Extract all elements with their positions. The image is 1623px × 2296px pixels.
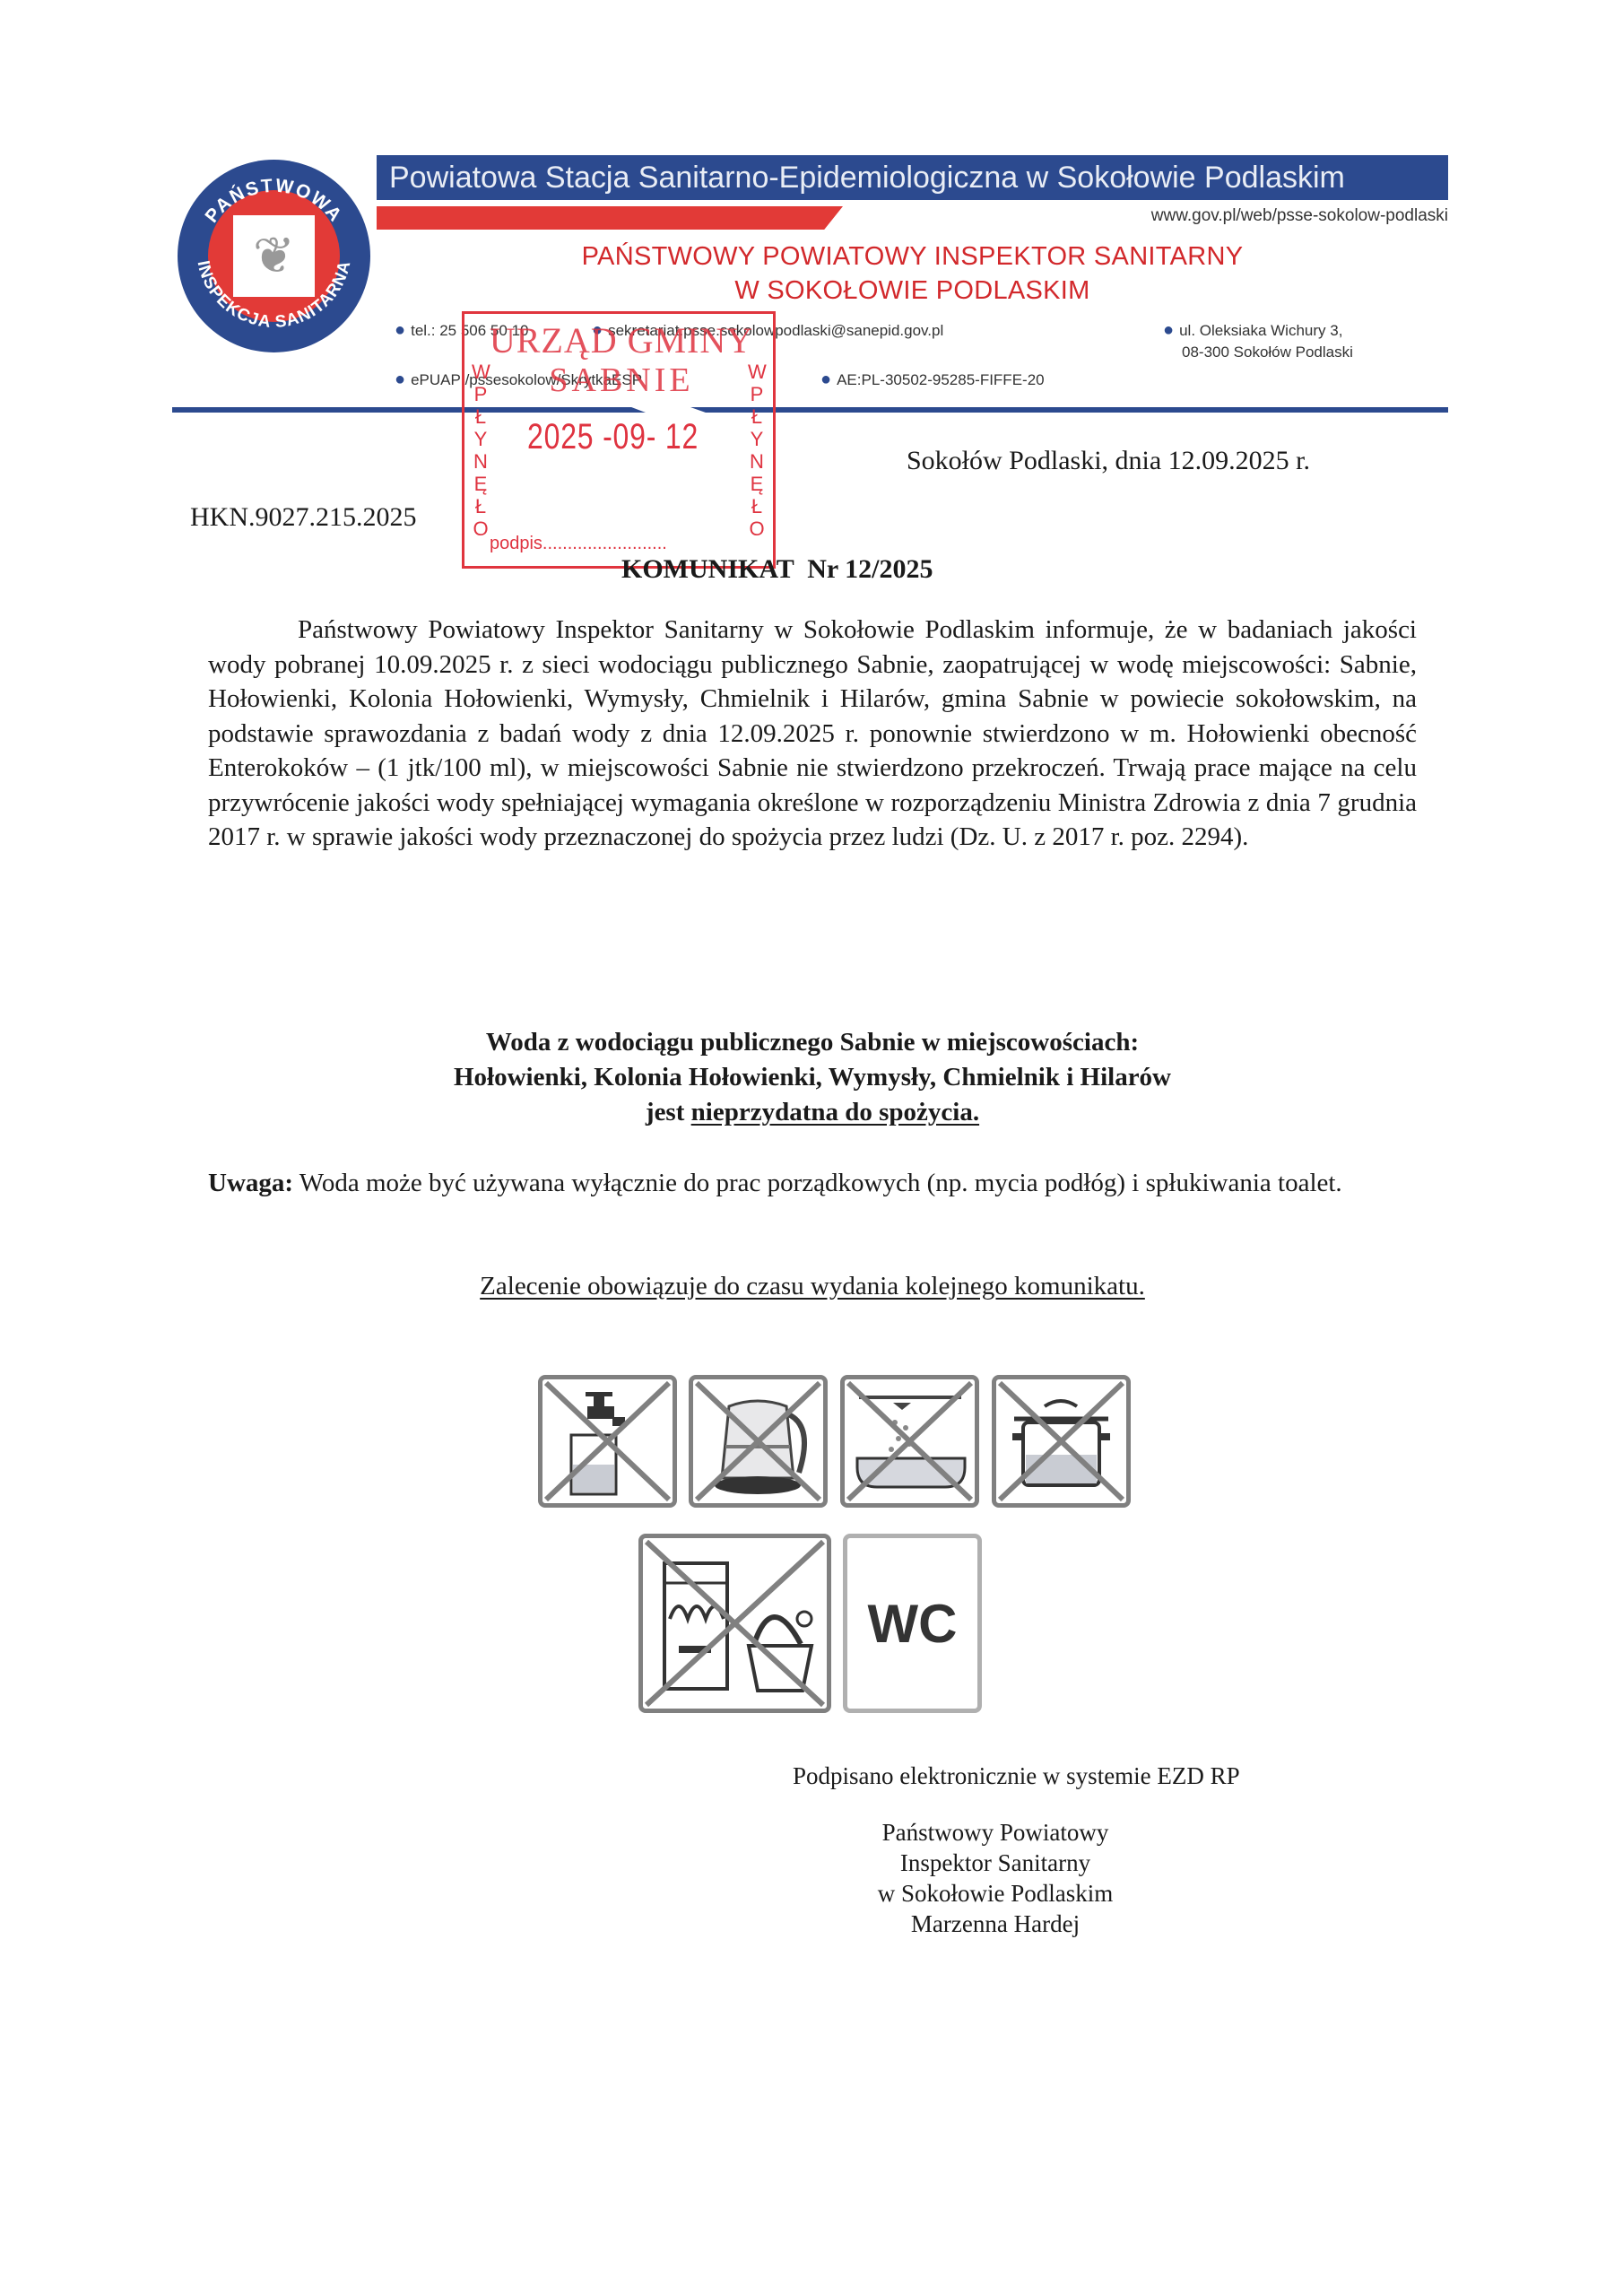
note-paragraph: Uwaga: Woda może być używana wyłącznie d… <box>208 1166 1417 1200</box>
signatory-title-line3: w Sokołowie Podlaskim <box>861 1878 1130 1909</box>
unfit-for-consumption: nieprzydatna do spożycia. <box>691 1098 979 1126</box>
warning-line1: Woda z wodociągu publicznego Sabnie w mi… <box>208 1025 1417 1060</box>
no-bathing-icon <box>840 1375 979 1508</box>
validity-notice: Zalecenie obowiązuje do czasu wydania ko… <box>208 1272 1417 1301</box>
header-divider-right <box>690 407 1448 413</box>
svg-text:INSPEKCJA SANITARNA: INSPEKCJA SANITARNA <box>194 258 355 332</box>
svg-text:PAŃSTWOWA: PAŃSTWOWA <box>201 175 346 226</box>
no-dishwashing-icon <box>638 1534 831 1713</box>
wc-icon: WC <box>843 1534 982 1713</box>
document-title: KOMUNIKAT Nr 12/2025 <box>621 554 933 585</box>
signatory-block: Państwowy Powiatowy Inspektor Sanitarny … <box>861 1817 1130 1939</box>
inspector-title-line1: PAŃSTWOWY POWIATOWY INSPEKTOR SANITARNY <box>377 242 1448 272</box>
contact-ae: ●AE:PL-30502-95285-FIFFE-20 <box>820 370 1045 390</box>
no-drinking-icon <box>538 1375 677 1508</box>
stamp-date: 2025 -09- 12 <box>527 417 699 457</box>
note-label: Uwaga: <box>208 1169 293 1197</box>
contact-address: ●ul. Oleksiaka Wichury 3, <box>1163 320 1342 341</box>
stamp-signature-line: podpis......................... <box>490 534 667 554</box>
bullet-icon: ● <box>1163 320 1174 340</box>
stamp-vertical-left: WPŁYNĘŁO <box>472 361 490 540</box>
stamp-municipality: SABNIE <box>473 361 769 400</box>
warning-line2: Hołowienki, Kolonia Hołowienki, Wymysły,… <box>208 1060 1417 1095</box>
website-link[interactable]: www.gov.pl/web/psse-sokolow-podlaski <box>1151 206 1448 226</box>
electronic-signature-note: Podpisano elektronicznie w systemie EZD … <box>793 1762 1240 1790</box>
inspector-title-line2: W SOKOŁOWIE PODLASKIM <box>377 276 1448 306</box>
place-and-date: Sokołów Podlaski, dnia 12.09.2025 r. <box>907 446 1310 476</box>
signatory-title-line2: Inspektor Sanitarny <box>861 1848 1130 1878</box>
bullet-icon: ● <box>395 320 405 340</box>
bullet-icon: ● <box>395 370 405 389</box>
signatory-title-line1: Państwowy Powiatowy <box>861 1817 1130 1848</box>
no-cooking-icon <box>992 1375 1131 1508</box>
stamp-vertical-right: WPŁYNĘŁO <box>748 361 766 540</box>
received-stamp: URZĄD GMINY SABNIE 2025 -09- 12 WPŁYNĘŁO… <box>462 311 776 569</box>
sanitary-inspection-logo: ❦ PAŃSTWOWA INSPEKCJA SANITARNA <box>178 160 370 352</box>
institution-title-band: Powiatowa Stacja Sanitarno-Epidemiologic… <box>377 155 1448 200</box>
no-kettle-icon <box>689 1375 828 1508</box>
contact-address-line2: 08-300 Sokołów Podlaski <box>1182 344 1353 361</box>
logo-ring-text: PAŃSTWOWA INSPEKCJA SANITARNA <box>178 160 370 352</box>
red-accent-bar <box>377 206 843 230</box>
main-paragraph: Państwowy Powiatowy Inspektor Sanitarny … <box>208 613 1417 855</box>
bullet-icon: ● <box>820 370 831 389</box>
reference-number: HKN.9027.215.2025 <box>190 502 417 533</box>
warning-block: Woda z wodociągu publicznego Sabnie w mi… <box>208 1025 1417 1130</box>
signatory-name: Marzenna Hardej <box>861 1909 1130 1939</box>
warning-line3: jest nieprzydatna do spożycia. <box>208 1095 1417 1130</box>
stamp-office-name: URZĄD GMINY <box>473 319 769 361</box>
